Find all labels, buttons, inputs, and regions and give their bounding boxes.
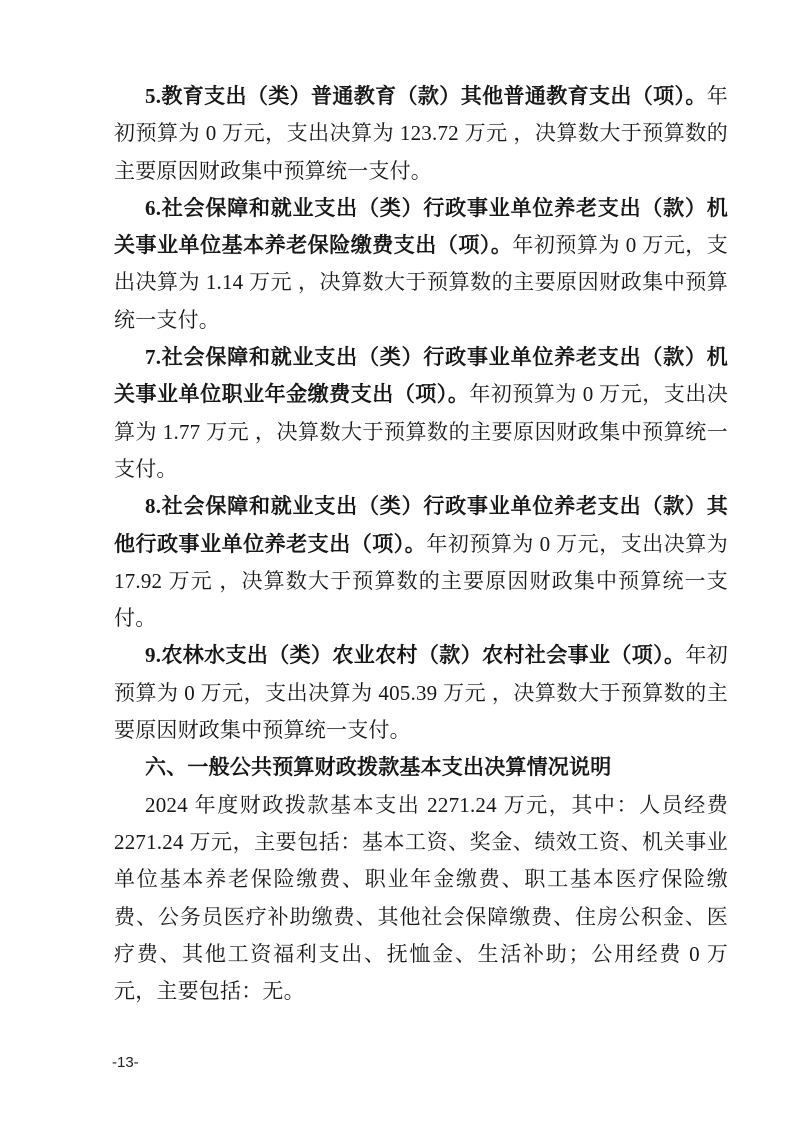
paragraph: 8.社会保障和就业支出（类）行政事业单位养老支出（款）其他行政事业单位养老支出（… (114, 488, 728, 637)
document-page: 5.教育支出（类）普通教育（款）其他普通教育支出（项）。年初预算为 0 万元，支… (0, 0, 793, 1122)
page-number: -13- (112, 1052, 139, 1074)
paragraph-lead: 9.农林水支出（类）农业农村（款）农村社会事业（项）。 (145, 643, 685, 667)
paragraph-lead: 六、一般公共预算财政拨款基本支出决算情况说明 (145, 756, 611, 779)
paragraph: 7.社会保障和就业支出（类）行政事业单位养老支出（款）机关事业单位职业年金缴费支… (114, 339, 728, 488)
paragraph: 2024 年度财政拨款基本支出 2271.24 万元，其中：人员经费 2271.… (114, 787, 728, 1011)
paragraph: 6.社会保障和就业支出（类）行政事业单位养老支出（款）机关事业单位基本养老保险缴… (114, 190, 728, 339)
paragraph: 5.教育支出（类）普通教育（款）其他普通教育支出（项）。年初预算为 0 万元，支… (114, 78, 728, 190)
document-body: 5.教育支出（类）普通教育（款）其他普通教育支出（项）。年初预算为 0 万元，支… (114, 78, 728, 1010)
paragraph: 9.农林水支出（类）农业农村（款）农村社会事业（项）。年初预算为 0 万元，支出… (114, 637, 728, 749)
section-heading: 六、一般公共预算财政拨款基本支出决算情况说明 (114, 749, 728, 786)
paragraph-lead: 5.教育支出（类）普通教育（款）其他普通教育支出（项）。 (145, 84, 707, 108)
paragraph-text: 2024 年度财政拨款基本支出 2271.24 万元，其中：人员经费 2271.… (114, 793, 728, 1003)
